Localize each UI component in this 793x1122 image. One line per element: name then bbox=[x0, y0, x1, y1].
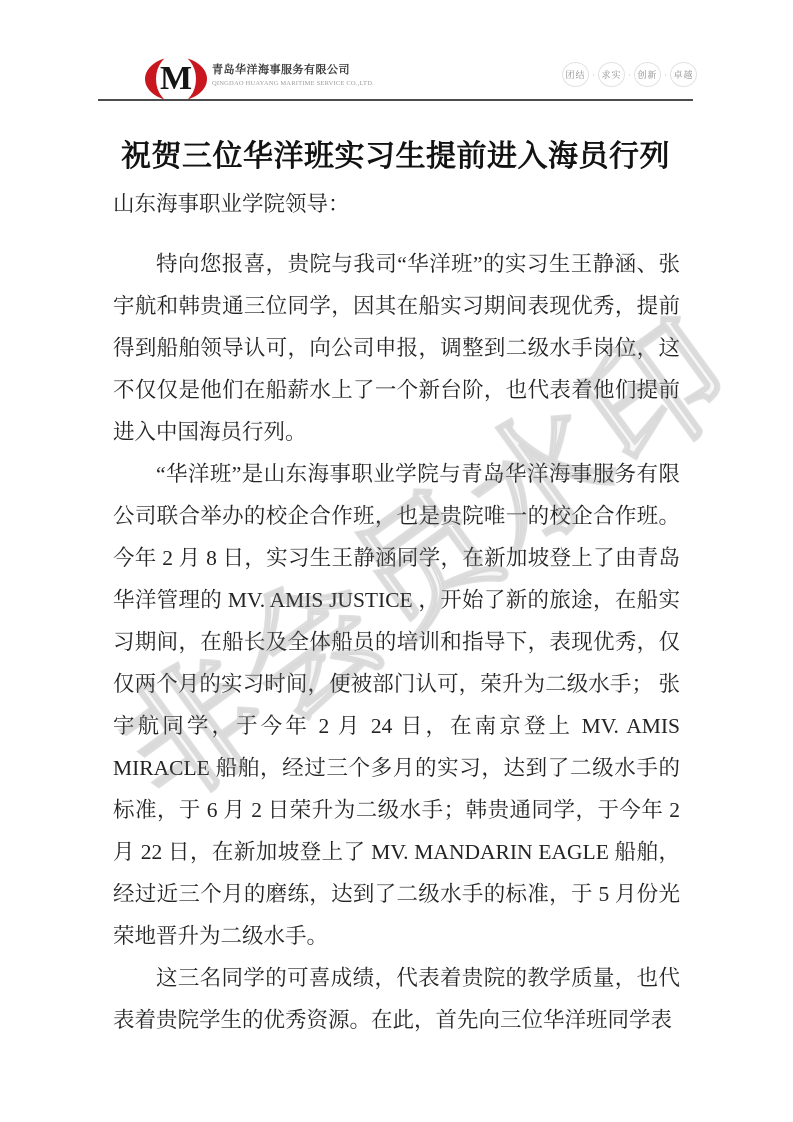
page-title: 祝贺三位华洋班实习生提前进入海员行列 bbox=[98, 134, 693, 180]
logo-letter: M bbox=[145, 57, 207, 101]
motto-badge-truth: 求实 bbox=[598, 62, 625, 87]
badge-separator-dot: · bbox=[628, 70, 631, 80]
document-page: M 青岛华洋海事服务有限公司 QINGDAO HUAYANG MARITIME … bbox=[0, 0, 793, 1122]
paragraph-1: 特向您报喜，贵院与我司“华洋班”的实习生王静涵、张宇航和韩贵通三位同学，因其在船… bbox=[113, 243, 680, 453]
motto-badge-excellence: 卓越 bbox=[670, 62, 697, 87]
paragraph-2: “华洋班”是山东海事职业学院与青岛华洋海事服务有限公司联合举办的校企合作班，也是… bbox=[113, 453, 680, 957]
paragraph-3: 这三名同学的可喜成绩，代表着贵院的教学质量，也代表着贵院学生的优秀资源。在此，首… bbox=[113, 957, 680, 1041]
company-name-zh: 青岛华洋海事服务有限公司 bbox=[212, 61, 374, 77]
company-name-en: QINGDAO HUAYANG MARITIME SERVICE CO.,LTD… bbox=[212, 80, 374, 87]
motto-badge-innovation: 创新 bbox=[634, 62, 661, 87]
company-logo: M bbox=[145, 57, 207, 101]
document-body: 山东海事职业学院领导： 特向您报喜，贵院与我司“华洋班”的实习生王静涵、张宇航和… bbox=[113, 183, 680, 1041]
badge-separator-dot: · bbox=[664, 70, 667, 80]
company-name-block: 青岛华洋海事服务有限公司 QINGDAO HUAYANG MARITIME SE… bbox=[212, 61, 374, 87]
header-divider-line bbox=[98, 99, 693, 101]
salutation: 山东海事职业学院领导： bbox=[113, 183, 680, 225]
badge-separator-dot: · bbox=[592, 70, 595, 80]
motto-badges: 团结 · 求实 · 创新 · 卓越 bbox=[562, 62, 697, 87]
motto-badge-unity: 团结 bbox=[562, 62, 589, 87]
